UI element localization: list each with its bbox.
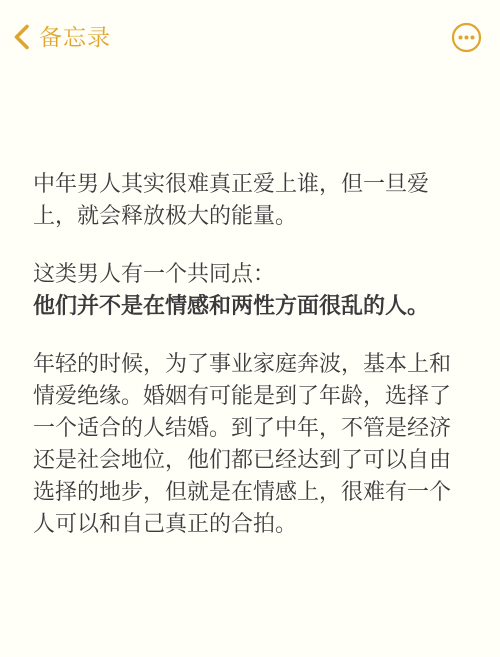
note-line: 还是社会地位，他们都已经达到了可以自由 (33, 444, 472, 476)
note-line: 一个适合的人结婚。到了中年，不管是经济 (33, 412, 472, 444)
note-paragraph: 这类男人有一个共同点： 他们并不是在情感和两性方面很乱的人。 (33, 258, 472, 322)
back-button-label: 备忘录 (39, 23, 111, 51)
note-line: 这类男人有一个共同点： (33, 258, 472, 290)
note-line: 年轻的时候，为了事业家庭奔波，基本上和 (33, 348, 472, 380)
note-paragraph: 年轻的时候，为了事业家庭奔波，基本上和 情爱绝缘。婚姻有可能是到了年龄，选择了 … (33, 348, 472, 540)
ellipsis-circle-icon (451, 22, 482, 53)
chevron-left-icon (12, 23, 31, 51)
navbar: 备忘录 (0, 0, 500, 56)
note-paragraph: 中年男人其实很难真正爱上谁，但一旦爱 上，就会释放极大的能量。 (33, 168, 472, 232)
note-line: 情爱绝缘。婚姻有可能是到了年龄，选择了 (33, 380, 472, 412)
note-line: 人可以和自己真正的合拍。 (33, 508, 472, 540)
back-button[interactable]: 备忘录 (12, 23, 111, 51)
note-line: 选择的地步，但就是在情感上，很难有一个 (33, 476, 472, 508)
note-editor[interactable]: 中年男人其实很难真正爱上谁，但一旦爱 上，就会释放极大的能量。 这类男人有一个共… (0, 56, 500, 540)
note-line-bold: 他们并不是在情感和两性方面很乱的人。 (33, 290, 472, 322)
note-line: 上，就会释放极大的能量。 (33, 200, 472, 232)
notes-app-screen: { "navbar": { "back_label": "备忘录", "back… (0, 0, 500, 657)
more-options-button[interactable] (451, 22, 482, 53)
note-line: 中年男人其实很难真正爱上谁，但一旦爱 (33, 168, 472, 200)
